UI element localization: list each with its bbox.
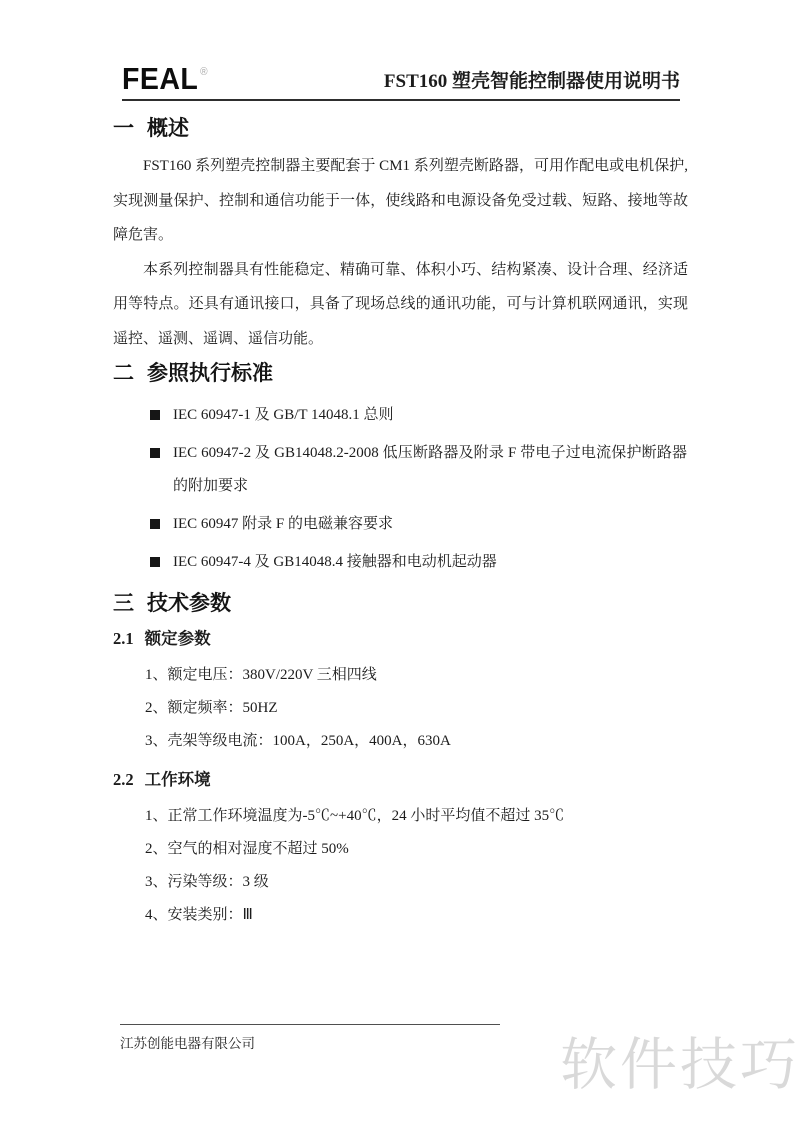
numbered-item: 3、污染等级：3 级 bbox=[145, 866, 687, 899]
list-item-text: IEC 60947-2 及 GB14048.2-2008 低压断路器及附录 F … bbox=[173, 445, 687, 494]
list-item: IEC 60947-4 及 GB14048.4 接触器和电动机起动器 bbox=[150, 546, 687, 579]
paragraph: FST160 系列塑壳控制器主要配套于 CM1 系列塑壳断路器，可用作配电或电机… bbox=[113, 149, 688, 253]
numbered-item: 1、正常工作环境温度为-5℃~+40℃，24 小时平均值不超过 35℃ bbox=[145, 800, 687, 833]
section-number: 一 bbox=[113, 114, 134, 142]
numbered-item: 4、安装类别：Ⅲ bbox=[145, 899, 687, 932]
subsection-heading-rated-params: 2.1额定参数 bbox=[113, 628, 687, 650]
subsection-number: 2.2 bbox=[113, 769, 134, 791]
subsection-heading-working-environment: 2.2工作环境 bbox=[113, 769, 687, 791]
rated-params-list: 1、额定电压：380V/220V 三相四线 2、额定频率：50HZ 3、壳架等级… bbox=[145, 659, 687, 758]
numbered-item: 3、壳架等级电流：100A，250A，400A，630A bbox=[145, 725, 687, 758]
bullet-square-icon bbox=[150, 448, 160, 458]
brand-logo: FEAL® bbox=[122, 57, 208, 94]
list-item: IEC 60947 附录 F 的电磁兼容要求 bbox=[150, 508, 687, 541]
list-item-text: IEC 60947-4 及 GB14048.4 接触器和电动机起动器 bbox=[173, 554, 497, 570]
list-item-text: IEC 60947 附录 F 的电磁兼容要求 bbox=[173, 516, 393, 532]
list-item: IEC 60947-2 及 GB14048.2-2008 低压断路器及附录 F … bbox=[150, 437, 687, 503]
numbered-item: 2、额定频率：50HZ bbox=[145, 692, 687, 725]
bullet-square-icon bbox=[150, 519, 160, 529]
page-header: FEAL® FST160 塑壳智能控制器使用说明书 bbox=[122, 57, 680, 101]
list-item: IEC 60947-1 及 GB/T 14048.1 总则 bbox=[150, 399, 687, 432]
section-title: 参照执行标准 bbox=[147, 361, 273, 385]
list-item-text: IEC 60947-1 及 GB/T 14048.1 总则 bbox=[173, 407, 394, 423]
section-heading-overview: 一概述 bbox=[113, 114, 800, 142]
bullet-square-icon bbox=[150, 557, 160, 567]
brand-logo-text: FEAL bbox=[122, 61, 198, 96]
subsection-number: 2.1 bbox=[113, 628, 134, 650]
paragraph: 本系列控制器具有性能稳定、精确可靠、体积小巧、结构紧凑、设计合理、经济适用等特点… bbox=[113, 253, 688, 357]
document-title: FST160 塑壳智能控制器使用说明书 bbox=[384, 70, 680, 94]
overview-paragraphs: FST160 系列塑壳控制器主要配套于 CM1 系列塑壳断路器，可用作配电或电机… bbox=[113, 149, 688, 356]
section-heading-tech-params: 三技术参数 bbox=[113, 589, 800, 617]
standards-bullet-list: IEC 60947-1 及 GB/T 14048.1 总则 IEC 60947-… bbox=[150, 399, 687, 579]
section-title: 概述 bbox=[147, 116, 189, 140]
watermark-text: 软件技巧 bbox=[560, 1036, 800, 1096]
working-environment-list: 1、正常工作环境温度为-5℃~+40℃，24 小时平均值不超过 35℃ 2、空气… bbox=[145, 800, 687, 932]
subsection-title: 工作环境 bbox=[145, 770, 211, 789]
numbered-item: 2、空气的相对湿度不超过 50% bbox=[145, 833, 687, 866]
subsection-title: 额定参数 bbox=[145, 629, 211, 648]
bullet-square-icon bbox=[150, 410, 160, 420]
section-heading-standards: 二参照执行标准 bbox=[113, 359, 800, 387]
numbered-item: 1、额定电压：380V/220V 三相四线 bbox=[145, 659, 687, 692]
section-number: 三 bbox=[113, 589, 134, 617]
section-number: 二 bbox=[113, 359, 134, 387]
registered-trademark-icon: ® bbox=[200, 66, 208, 78]
page-footer: 江苏创能电器有限公司 bbox=[120, 1024, 500, 1052]
footer-company-name: 江苏创能电器有限公司 bbox=[120, 1025, 500, 1052]
section-title: 技术参数 bbox=[147, 591, 231, 615]
